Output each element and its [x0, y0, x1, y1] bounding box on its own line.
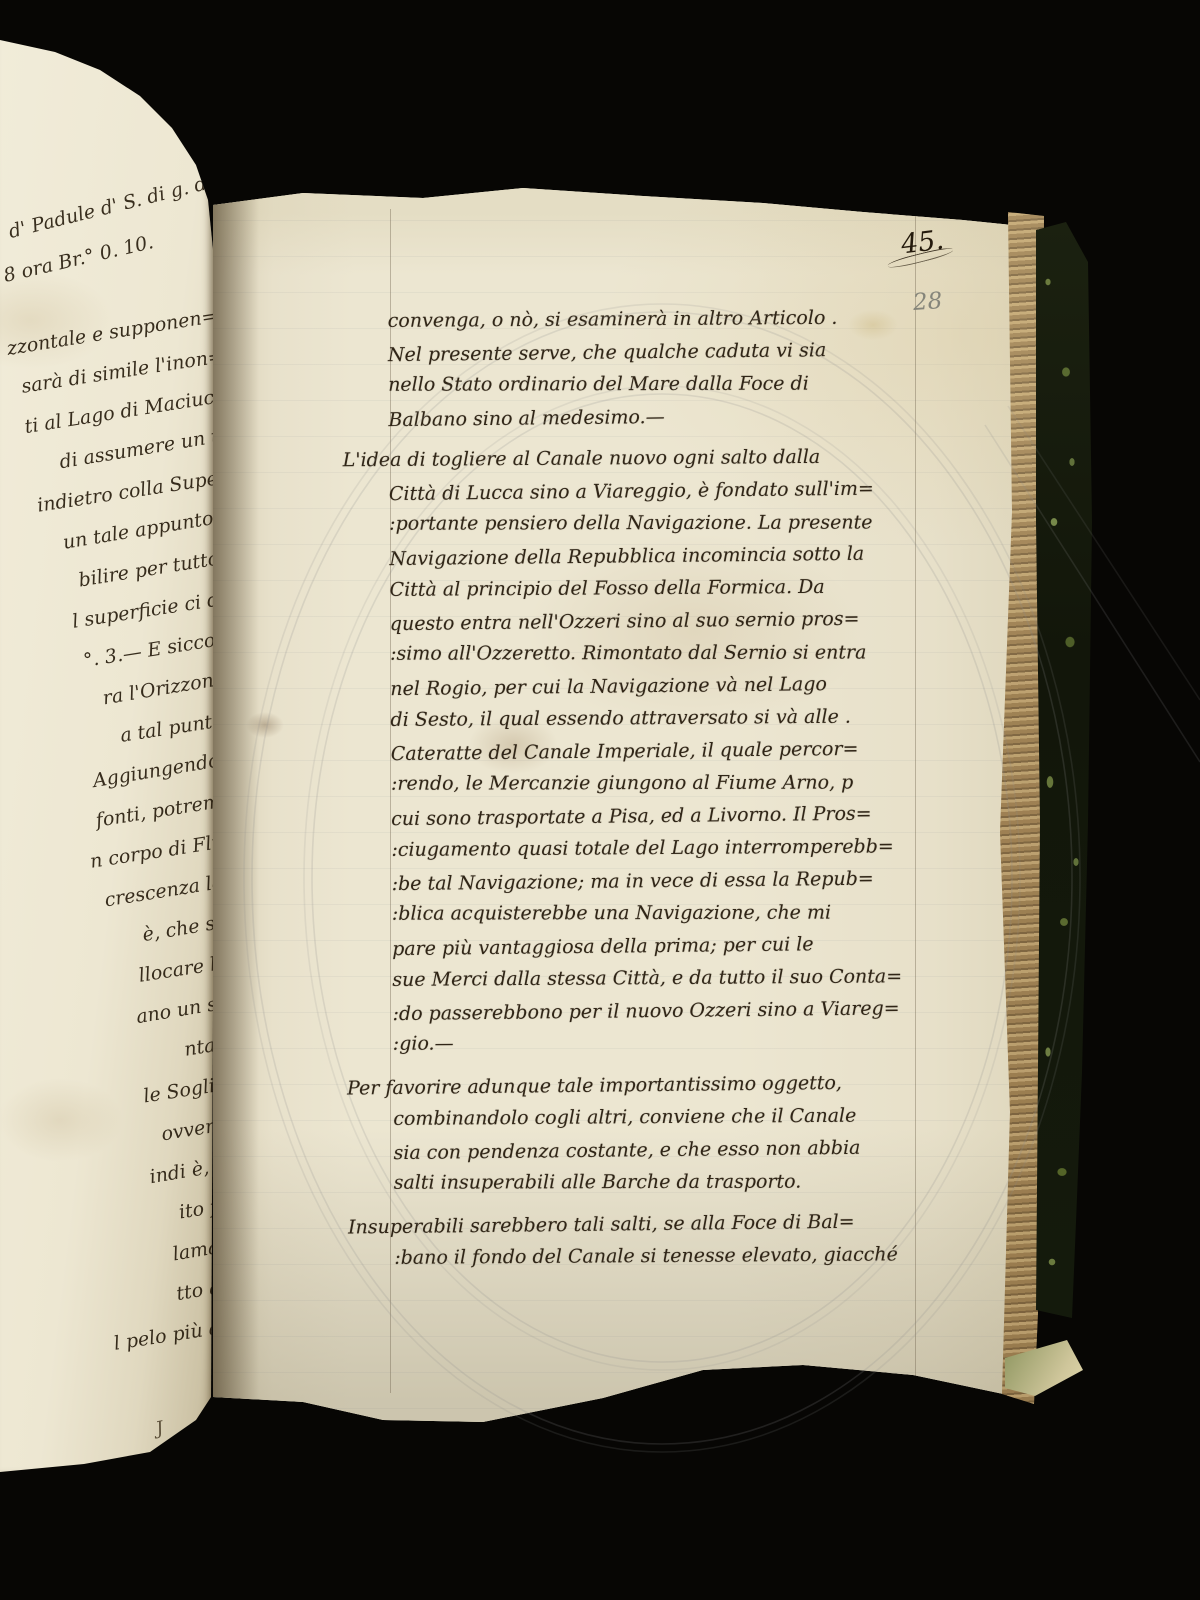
left-page-header-fragment: d' Padule d' S. di g. d.: [6, 171, 214, 243]
pen-mark: J: [154, 1417, 165, 1439]
manuscript-line: Navigazione della Repubblica incomincia …: [389, 536, 934, 575]
manuscript-line: :gio.—: [393, 1026, 938, 1060]
manuscript-line: sia con pendenza costante, e che esso no…: [393, 1130, 938, 1169]
manuscript-line: Cateratte del Canale Imperiale, il quale…: [391, 731, 936, 770]
manuscript-line: :portante pensiero della Navigazione. La…: [389, 506, 934, 540]
manuscript-line: pare più vantaggiosa della prima; per cu…: [392, 926, 937, 965]
manuscript-line: :be tal Navigazione; ma in vece di essa …: [391, 861, 936, 900]
manuscript-line: L'idea di togliere al Canale nuovo ogni …: [343, 440, 934, 477]
manuscript-photo: d' Padule d' S. di g. d. 8 ora Br.° 0. 1…: [0, 0, 1200, 1600]
manuscript-line: :blica acquisterebbe una Navigazione, ch…: [392, 896, 937, 930]
manuscript-page: 45. 28 convenga, o nò, si esaminerà in a…: [213, 185, 1043, 1425]
manuscript-line: salti insuperabili alle Barche da traspo…: [394, 1165, 939, 1199]
left-page: d' Padule d' S. di g. d. 8 ora Br.° 0. 1…: [0, 0, 216, 1476]
manuscript-line: Per favorire adunque tale importantissim…: [347, 1065, 938, 1104]
manuscript-line: cui sono trasportate a Pisa, ed a Livorn…: [391, 796, 936, 835]
manuscript-line: :simo all'Ozzeretto. Rimontato dal Serni…: [390, 636, 935, 670]
manuscript-line: :ciugamento quasi totale del Lago interr…: [391, 830, 936, 866]
folio-number: 45.: [899, 224, 945, 260]
manuscript-line: convenga, o nò, si esaminerà in altro Ar…: [388, 301, 933, 337]
manuscript-line: sue Merci dalla stessa Città, e da tutto…: [392, 960, 937, 996]
manuscript-line: :bano il fondo del Canale si tenesse ele…: [394, 1238, 939, 1274]
manuscript-line: questo entra nell'Ozzeri sino al suo ser…: [390, 601, 935, 640]
manuscript-line: Insuperabili sarebbero tali salti, se al…: [348, 1204, 939, 1243]
marbled-cover-edge: [1036, 222, 1094, 1318]
manuscript-line: di Sesto, il qual essendo attraversato s…: [390, 700, 935, 736]
manuscript-line: nel Rogio, per cui la Navigazione và nel…: [390, 666, 935, 705]
manuscript-line: Città di Lucca sino a Viareggio, è fonda…: [389, 471, 934, 510]
manuscript-text: convenga, o nò, si esaminerà in altro Ar…: [388, 301, 940, 1274]
manuscript-line: nello Stato ordinario del Mare dalla Foc…: [388, 367, 933, 401]
manuscript-line: Nel presente serve, che qualche caduta v…: [388, 332, 933, 371]
manuscript-line: combinandolo cogli altri, conviene che i…: [393, 1099, 938, 1135]
manuscript-line: Balbano sino al medesimo.—: [388, 397, 933, 436]
manuscript-line: :rendo, le Mercanzie giungono al Fiume A…: [391, 766, 936, 800]
manuscript-line: Città al principio del Fosso della Formi…: [390, 570, 935, 606]
manuscript-line: :do passerebbono per il nuovo Ozzeri sin…: [392, 991, 937, 1030]
